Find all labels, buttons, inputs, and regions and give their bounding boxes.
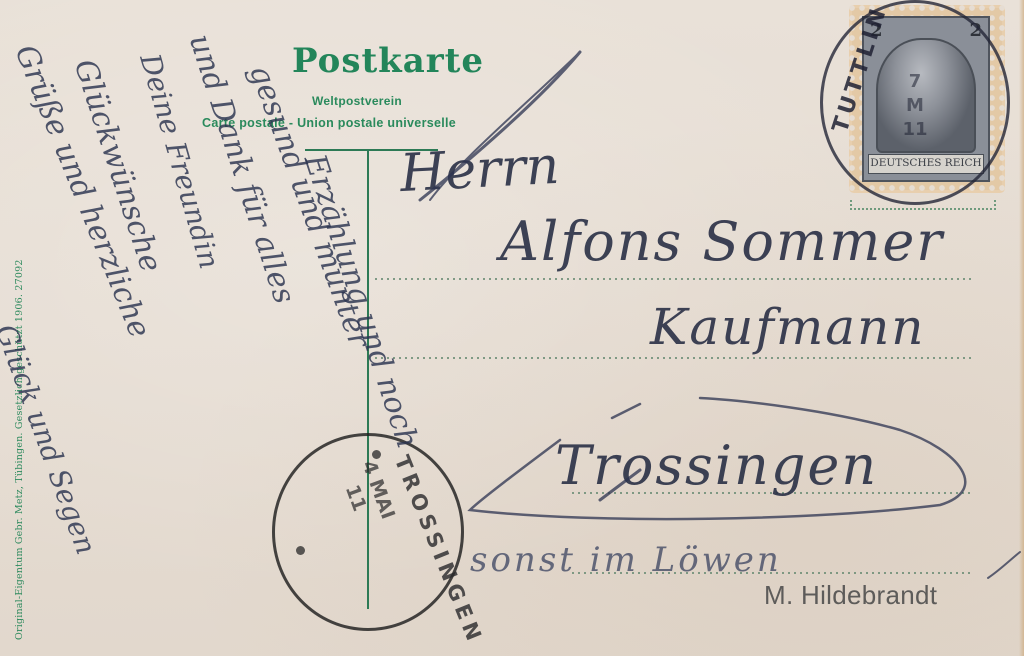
subtitle-weltpostverein: Weltpostverein [312,94,402,108]
address-town: Trossingen [555,434,878,497]
address-guide-line [373,357,973,359]
postmark-top-day: 7 [895,70,935,94]
address-name: Alfons Sommer [500,210,944,273]
postmark-top-year: 11 [895,118,935,142]
address-note: sonst im Löwen [470,540,782,580]
postmark-top-date: 7 M 11 [895,70,935,142]
photographer-watermark: M. Hildebrandt [764,580,937,611]
postmark-star-icon [296,546,305,555]
postcard-back: Postkarte Weltpostverein Carte postale -… [0,0,1024,656]
address-occupation: Kaufmann [650,298,926,356]
address-salutation: Herrn [399,136,561,204]
postcard-title: Postkarte [292,44,484,78]
address-guide-line [373,278,973,280]
card-edge-aging [1019,0,1024,656]
postmark-top-month: M [895,94,935,118]
